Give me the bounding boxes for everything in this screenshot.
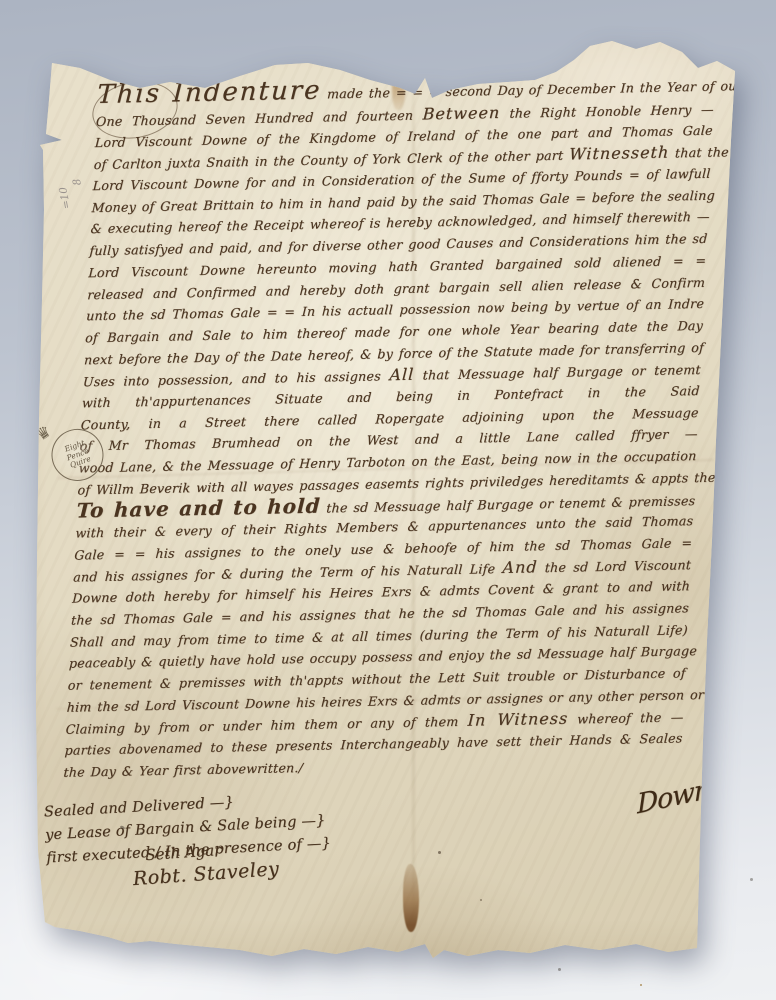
manuscript-text: the Right Honoble Henry — — [500, 102, 714, 121]
background-speck — [750, 878, 753, 881]
photograph-background: This Indenture made the = = = second Day… — [0, 0, 776, 1000]
wax-seal — [702, 767, 758, 824]
bottom-edge-stain — [403, 864, 419, 932]
background-speck — [640, 984, 642, 986]
ink-smudge-dot — [737, 838, 746, 849]
ink-speck — [140, 832, 143, 835]
ink-speck — [438, 851, 441, 854]
engrossed-words: All — [389, 365, 415, 385]
parchment-wrapper: This Indenture made the = = = second Day… — [0, 0, 776, 1000]
ink-smudge — [724, 824, 756, 862]
engrossed-words: Between — [422, 103, 501, 124]
witness-signatures: Seth AgarRobt. Staveley — [131, 835, 280, 891]
stamp-ring: EightPenceQuire — [46, 423, 109, 486]
manuscript-text: whereof the — — [568, 710, 684, 727]
pencil-margin-note: =10 — [57, 186, 73, 210]
pencil-margin-note: 8 — [71, 178, 84, 187]
manuscript-text-block: This Indenture made the = = = second Day… — [63, 68, 716, 784]
engrossed-words: And — [502, 558, 538, 578]
ink-speck — [480, 899, 482, 901]
manuscript-text: that the said — [669, 144, 762, 161]
manuscript-text: the Day & Year first abovewritten./ — [63, 760, 303, 780]
engrossed-words: This Indenture — [97, 75, 323, 110]
downe-signature: Downe — [636, 770, 725, 820]
stamp-text: EightPenceQuire — [62, 439, 92, 471]
engrossed-words: In Witness — [467, 709, 568, 730]
engrossed-words: Witnesseth — [569, 143, 670, 164]
crown-icon: ♛ — [32, 421, 55, 445]
indenture-parchment: This Indenture made the = = = second Day… — [0, 0, 776, 1000]
manuscript-text: the sd Lord Viscount — [537, 558, 691, 576]
background-speck — [558, 968, 561, 971]
